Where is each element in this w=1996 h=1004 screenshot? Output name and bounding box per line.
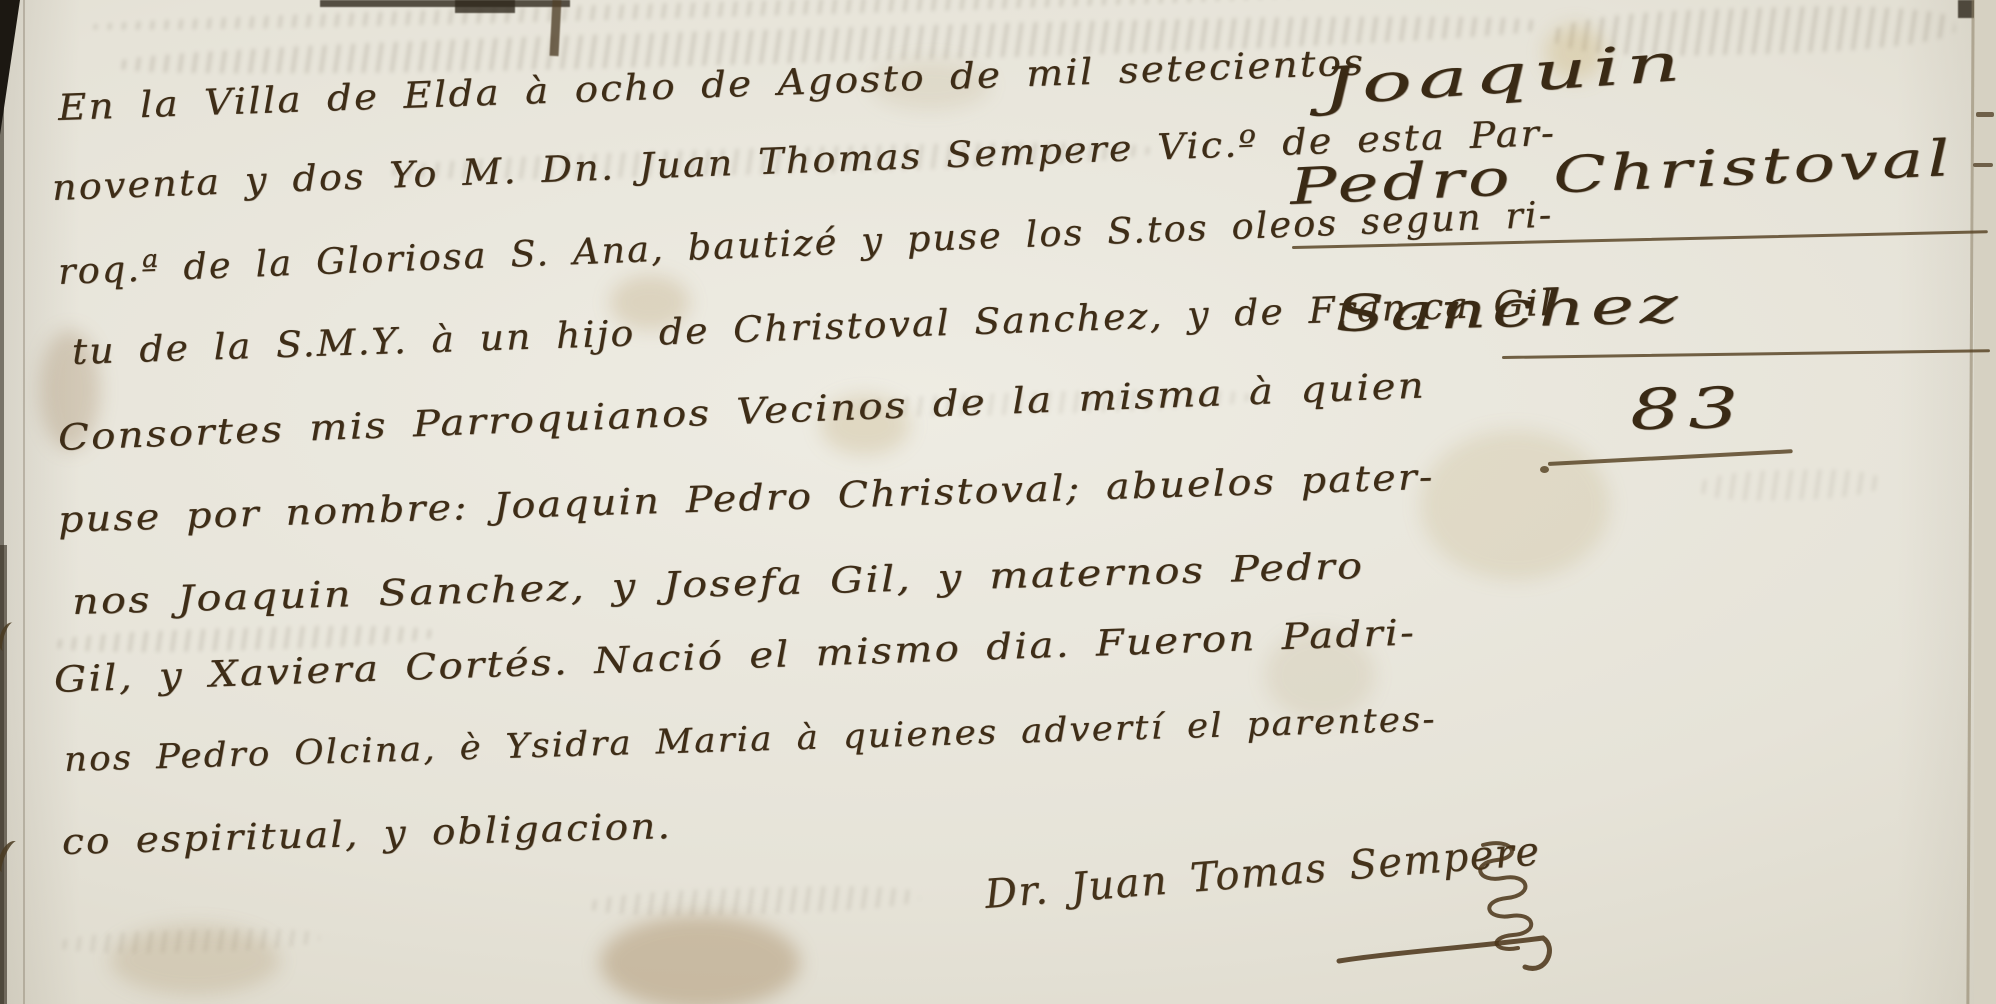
record-line-4: tu de la S.M.Y. à un hijo de Christoval … (71, 283, 1554, 373)
record-line-8: Gil, y Xaviera Cortés. Nació el mismo di… (53, 612, 1416, 701)
margin-record-number: 83 (1629, 376, 1747, 443)
paper-stain (600, 915, 800, 1004)
ink-smudge-top (455, 0, 515, 13)
margin-underline-dot (1540, 466, 1549, 473)
record-line-5: Consortes mis Parroquianos Vecinos de la… (57, 365, 1426, 459)
ink-smudge-top (320, 0, 570, 7)
gutter-shadow-left-lower (0, 545, 7, 1004)
bleedthrough-mark (1700, 467, 1881, 502)
edge-tick (1976, 112, 1994, 117)
record-line-10: co espiritual, y obligacion. (61, 806, 672, 863)
manuscript-page: En la Villa de Elda à ocho de Agosto de … (0, 0, 1996, 1004)
next-page-strip (1974, 0, 1996, 1004)
margin-given-name: Joaquin (1320, 33, 1688, 118)
margin-name-line-3: Sanchez (1334, 276, 1684, 343)
edge-tick (1973, 163, 1993, 167)
record-line-9: nos Pedro Olcina, è Ysidra Maria à quien… (63, 699, 1437, 780)
signature-rubric-flourish (1325, 835, 1565, 995)
bleedthrough-mark (590, 883, 921, 918)
margin-underline (1502, 349, 1990, 359)
paper-stain (110, 925, 280, 995)
paper-stain (1420, 430, 1610, 580)
crease-line (23, 0, 25, 1004)
record-line-6: puse por nombre: Joaquin Pedro Christova… (57, 457, 1435, 541)
corner-shadow-top-left (0, 0, 20, 135)
record-line-7: nos Joaquin Sanchez, y Josefa Gil, y mat… (71, 546, 1364, 623)
